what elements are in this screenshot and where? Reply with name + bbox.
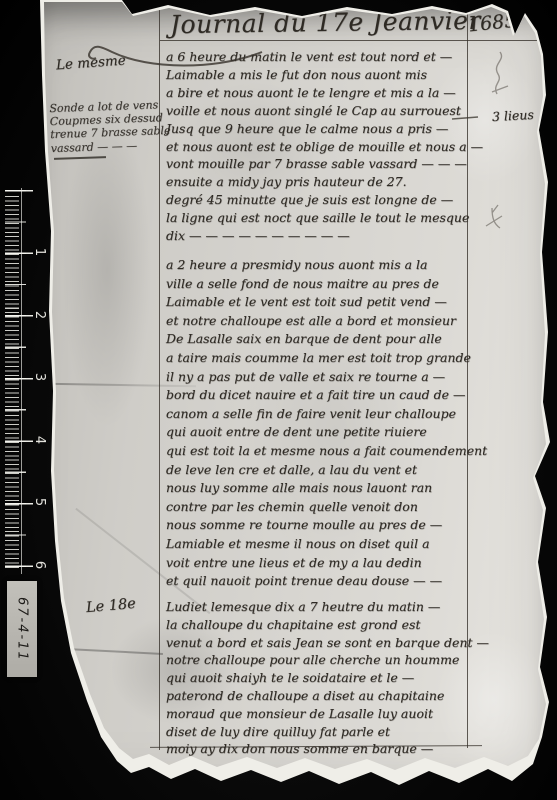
manuscript-text-line: ville a selle fond de nous maitre au pre… bbox=[166, 275, 466, 294]
manuscript-text-line: degré 45 minutte que je suis est longne … bbox=[166, 191, 466, 209]
ruler-reference-text: 67-4-11 bbox=[15, 597, 30, 662]
page-torn-edge: Journal du 17e Jeanvier 1685 Le mesme So… bbox=[0, 0, 557, 800]
manuscript-text-line: il ny a pas put de valle et saix re tour… bbox=[166, 368, 466, 387]
manuscript-text-line: 5 bbox=[32, 494, 46, 510]
manuscript-text-line: moiy ay dix don nous somme en barque — bbox=[166, 740, 466, 758]
margin-note-distance: 3 lieus bbox=[492, 107, 535, 124]
manuscript-text-line: vont mouille par 7 brasse sable vassard … bbox=[166, 155, 466, 173]
manuscript-text-line: voit entre une lieus et de my a lau dedi… bbox=[166, 554, 466, 573]
manuscript-text-line: 6 bbox=[32, 557, 46, 573]
manuscript-text-line: moraud que monsieur de Lasalle luy auoit bbox=[166, 705, 466, 723]
journal-year: 1685 bbox=[467, 10, 517, 37]
manuscript-text-line: et nous auont est te oblige de mouille e… bbox=[166, 138, 466, 156]
entry-18th-text: Ludiet lemesque dix a 7 heutre du matin … bbox=[166, 598, 466, 758]
ruler-edge-line bbox=[21, 188, 22, 574]
photograph-background: 123456 67-4-11 Journal du 17e Jeanvier 1… bbox=[0, 0, 557, 800]
manuscript-text-line: et notre challoupe est alle a bord et mo… bbox=[166, 312, 466, 331]
manuscript-text-line: Laimable et le vent est toit sud petit v… bbox=[166, 293, 466, 312]
manuscript-text-line: a taire mais coumme la mer est toit trop… bbox=[166, 349, 466, 368]
manuscript-text-line: 2 bbox=[32, 307, 46, 323]
manuscript-text-line: De Lasalle saix en barque de dent pour a… bbox=[166, 330, 466, 349]
manuscript-text-line: Jusq que 9 heure que le calme nous a pri… bbox=[166, 120, 466, 138]
header-rule bbox=[160, 40, 542, 41]
margin-note-sounding: Sonde a lot de vensCoupmes six dessudtre… bbox=[49, 98, 171, 155]
manuscript-text-line: Laimable a mis le fut don nous auont mis bbox=[166, 66, 466, 84]
manuscript-text-line: qui est toit la et mesme nous a fait cou… bbox=[166, 442, 466, 461]
manuscript-text-line: canom a selle fin de faire venit leur ch… bbox=[166, 405, 466, 424]
bottom-curl bbox=[183, 762, 199, 778]
manuscript-text-line: notre challoupe pour alle cherche un hou… bbox=[166, 651, 466, 669]
manuscript-text-line: a bire et nous auont le te lengre et mis… bbox=[166, 84, 466, 102]
manuscript-text-line: la challoupe du chapitaine est grond est bbox=[166, 616, 466, 634]
entry-morning-text: a 6 heure du matin le vent est tout nord… bbox=[166, 48, 466, 245]
manuscript-text-line: Lamiable et mesme il nous on diset quil … bbox=[166, 535, 466, 554]
entry-afternoon-text: a 2 heure a presmidy nous auont mis a la… bbox=[166, 256, 466, 591]
manuscript-text-line: qui auoit entre de dent une petite riuie… bbox=[166, 423, 466, 442]
manuscript-text-line: et quil nauoit point trenue deau douse —… bbox=[166, 572, 466, 591]
ruler: 123456 bbox=[5, 188, 51, 574]
manuscript-text-line: 3 bbox=[32, 369, 46, 385]
manuscript-text-line: bord du dicet nauire et a fait tire un c… bbox=[166, 386, 466, 405]
manuscript-text-line: qui auoit shaiyh te le soidataire et le … bbox=[166, 669, 466, 687]
manuscript-text-line: 1 bbox=[32, 244, 46, 260]
manuscript-text-line: la ligne qui est noct que saille le tout… bbox=[166, 209, 466, 227]
manuscript-page: Journal du 17e Jeanvier 1685 Le mesme So… bbox=[0, 0, 557, 800]
ruler-cm-ticks bbox=[5, 190, 33, 570]
manuscript-text-line: a 6 heure du matin le vent est tout nord… bbox=[166, 48, 466, 66]
journal-title: Journal du 17e Jeanvier bbox=[170, 6, 481, 39]
margin-mark-icon bbox=[486, 205, 502, 228]
manuscript-text-line: nous luy somme alle mais nous lauont ran bbox=[166, 479, 466, 498]
manuscript-text-line: nous somme re tourne moulle au pres de — bbox=[166, 516, 466, 535]
manuscript-text-line: paterond de challoupe a diset au chapita… bbox=[166, 687, 466, 705]
manuscript-text-line: voille et nous auont singlé le Cap au su… bbox=[166, 102, 466, 120]
manuscript-text-line: de leve len cre et dalle, a lau du vent … bbox=[166, 461, 466, 480]
margin-note-le-18: Le 18e bbox=[85, 596, 136, 616]
manuscript-text-line: Ludiet lemesque dix a 7 heutre du matin … bbox=[166, 598, 466, 616]
ruler-reference-label: 67-4-11 bbox=[7, 581, 37, 677]
manuscript-text-line: venut a bord et sais Jean se sont en bar… bbox=[166, 634, 466, 652]
manuscript-text-line: diset de luy dire quilluy fat parle et bbox=[166, 723, 466, 741]
margin-note-le-mesme: Le mesme bbox=[56, 53, 127, 74]
manuscript-text-line: dix — — — — — — — — — — bbox=[166, 227, 466, 245]
manuscript-text-line: 4 bbox=[32, 432, 46, 448]
manuscript-text-line: ensuite a midy jay pris hauteur de 27. bbox=[166, 173, 466, 191]
manuscript-text-line: a 2 heure a presmidy nous auont mis a la bbox=[166, 256, 466, 275]
manuscript-text-line: contre par les chemin quelle venoit don bbox=[166, 498, 466, 517]
